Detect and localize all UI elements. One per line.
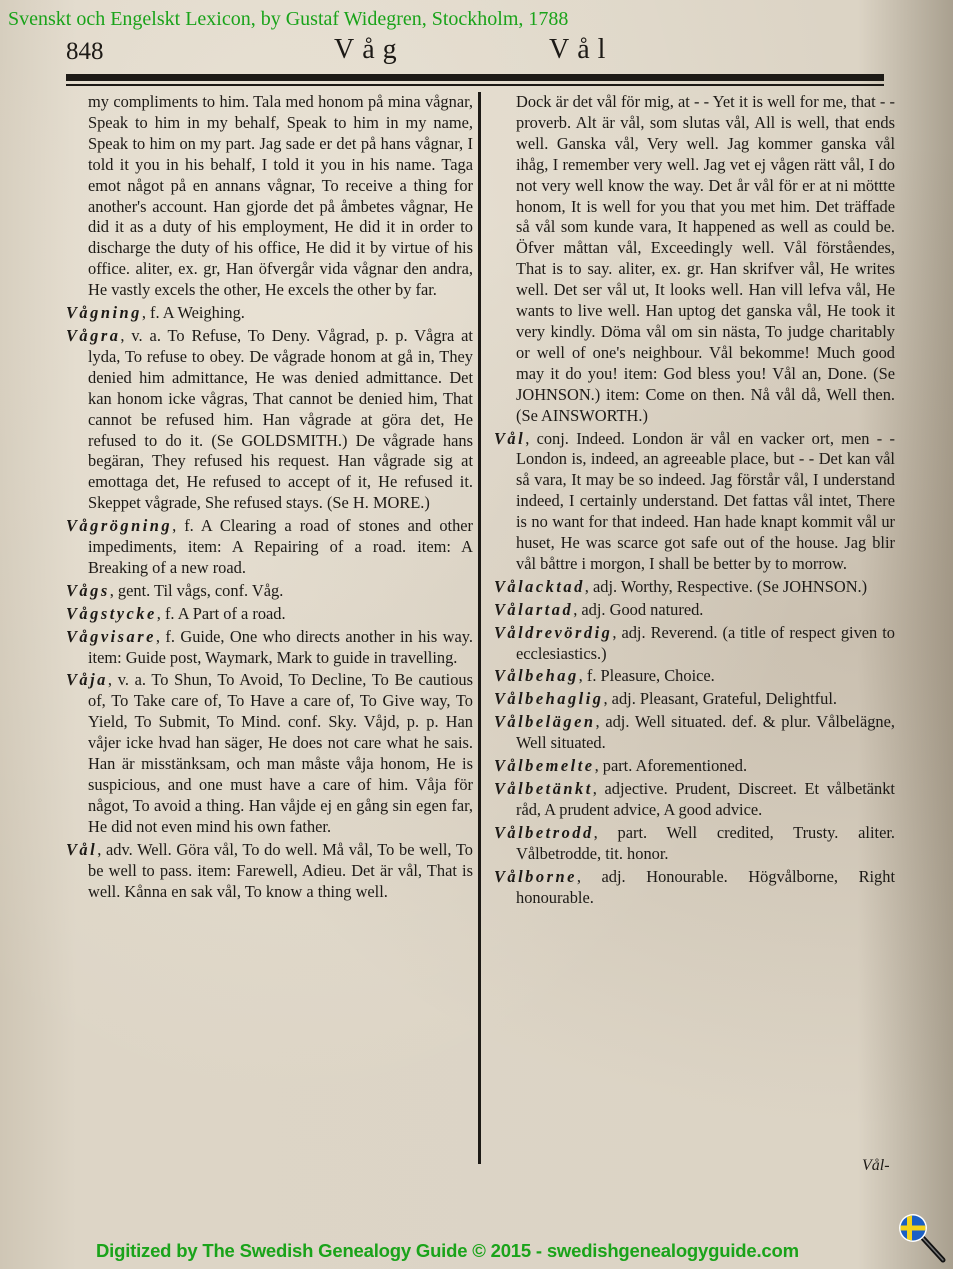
dictionary-entry: Vågstycke, f. A Part of a road.	[66, 604, 473, 625]
entry-continuation: Dock är det vål för mig, at - - Yet it i…	[494, 92, 895, 427]
headword: Våldrevördig	[494, 623, 612, 642]
headword: Vågs	[66, 581, 110, 600]
dictionary-entry: Vålborne, adj. Honourable. Högvålborne, …	[494, 867, 895, 909]
headword: Vågning	[66, 303, 142, 322]
running-head: 848 Våg Vål	[66, 34, 896, 74]
headword: Vågstycke	[66, 604, 157, 623]
headword: Vål	[494, 429, 525, 448]
dictionary-entry: Vålbetrodd, part. Well credited, Trusty.…	[494, 823, 895, 865]
definition: , adj. Pleasant, Grateful, Delightful.	[603, 689, 837, 708]
dictionary-entry: Vågvisare, f. Guide, One who directs ano…	[66, 627, 473, 669]
overlay-title: Svenskt och Engelskt Lexicon, by Gustaf …	[8, 8, 568, 31]
definition: , adj. Good natured.	[573, 600, 703, 619]
header-rule-thin	[66, 84, 884, 86]
dictionary-entry: Vålbetänkt, adjective. Prudent, Discreet…	[494, 779, 895, 821]
headword: Vågvisare	[66, 627, 156, 646]
definition: , v. a. To Shun, To Avoid, To Decline, T…	[88, 670, 473, 835]
dictionary-entry: Vågs, gent. Til vågs, conf. Våg.	[66, 581, 473, 602]
headword: Vålacktad	[494, 577, 585, 596]
headword: Vålbetrodd	[494, 823, 594, 842]
entry-continuation: my compliments to him. Tala med honom på…	[66, 92, 473, 301]
headword: Vålbehaglig	[494, 689, 603, 708]
definition: , gent. Til vågs, conf. Våg.	[110, 581, 284, 600]
column-divider	[478, 92, 481, 1164]
headword: Vålbelägen	[494, 712, 596, 731]
headword: Vågra	[66, 326, 120, 345]
definition: , part. Aforementioned.	[595, 756, 747, 775]
dictionary-entry: Vågrögning, f. A Clearing a road of ston…	[66, 516, 473, 579]
headword: Våja	[66, 670, 108, 689]
dictionary-entry: Vågning, f. A Weighing.	[66, 303, 473, 324]
definition: Dock är det vål för mig, at - - Yet it i…	[516, 92, 895, 425]
guide-word-left: Våg	[334, 34, 405, 66]
dictionary-entry: Vålartad, adj. Good natured.	[494, 600, 895, 621]
dictionary-entry: Vål, adv. Well. Göra vål, To do well. Må…	[66, 840, 473, 903]
swedish-flag-magnifier-icon[interactable]	[897, 1212, 949, 1264]
dictionary-entry: Vålbelägen, adj. Well situated. def. & p…	[494, 712, 895, 754]
headword: Vål	[66, 840, 97, 859]
right-column: Dock är det vål för mig, at - - Yet it i…	[494, 92, 895, 908]
headword: Vålborne	[494, 867, 577, 886]
headword: Vålbetänkt	[494, 779, 593, 798]
dictionary-entry: Vålbehag, f. Pleasure, Choice.	[494, 666, 895, 687]
dictionary-entry: Vågra, v. a. To Refuse, To Deny. Vågrad,…	[66, 326, 473, 514]
definition: , f. A Part of a road.	[157, 604, 286, 623]
catchword: Vål-	[862, 1157, 890, 1175]
header-rule-thick	[66, 74, 884, 81]
definition: , adj. Worthy, Respective. (Se JOHNSON.)	[585, 577, 867, 596]
footer-credit: Digitized by The Swedish Genealogy Guide…	[96, 1240, 799, 1262]
guide-word-right: Vål	[549, 34, 613, 66]
definition: , v. a. To Refuse, To Deny. Vågrad, p. p…	[88, 326, 473, 512]
headword: Vålartad	[494, 600, 573, 619]
definition: , f. A Weighing.	[142, 303, 245, 322]
definition: , f. Pleasure, Choice.	[579, 666, 715, 685]
dictionary-entry: Vålacktad, adj. Worthy, Respective. (Se …	[494, 577, 895, 598]
dictionary-entry: Vålbemelte, part. Aforementioned.	[494, 756, 895, 777]
definition: , conj. Indeed. London är vål en vacker …	[516, 429, 895, 573]
headword: Vågrögning	[66, 516, 172, 535]
definition: my compliments to him. Tala med honom på…	[88, 92, 473, 299]
dictionary-entry: Vålbehaglig, adj. Pleasant, Grateful, De…	[494, 689, 895, 710]
dictionary-entry: Våldrevördig, adj. Reverend. (a title of…	[494, 623, 895, 665]
headword: Vålbemelte	[494, 756, 595, 775]
headword: Vålbehag	[494, 666, 579, 685]
dictionary-entry: Vål, conj. Indeed. London är vål en vack…	[494, 429, 895, 575]
dictionary-entry: Våja, v. a. To Shun, To Avoid, To Declin…	[66, 670, 473, 837]
definition: , adv. Well. Göra vål, To do well. Må vå…	[88, 840, 473, 901]
page-number: 848	[66, 38, 104, 66]
left-column: my compliments to him. Tala med honom på…	[66, 92, 473, 902]
